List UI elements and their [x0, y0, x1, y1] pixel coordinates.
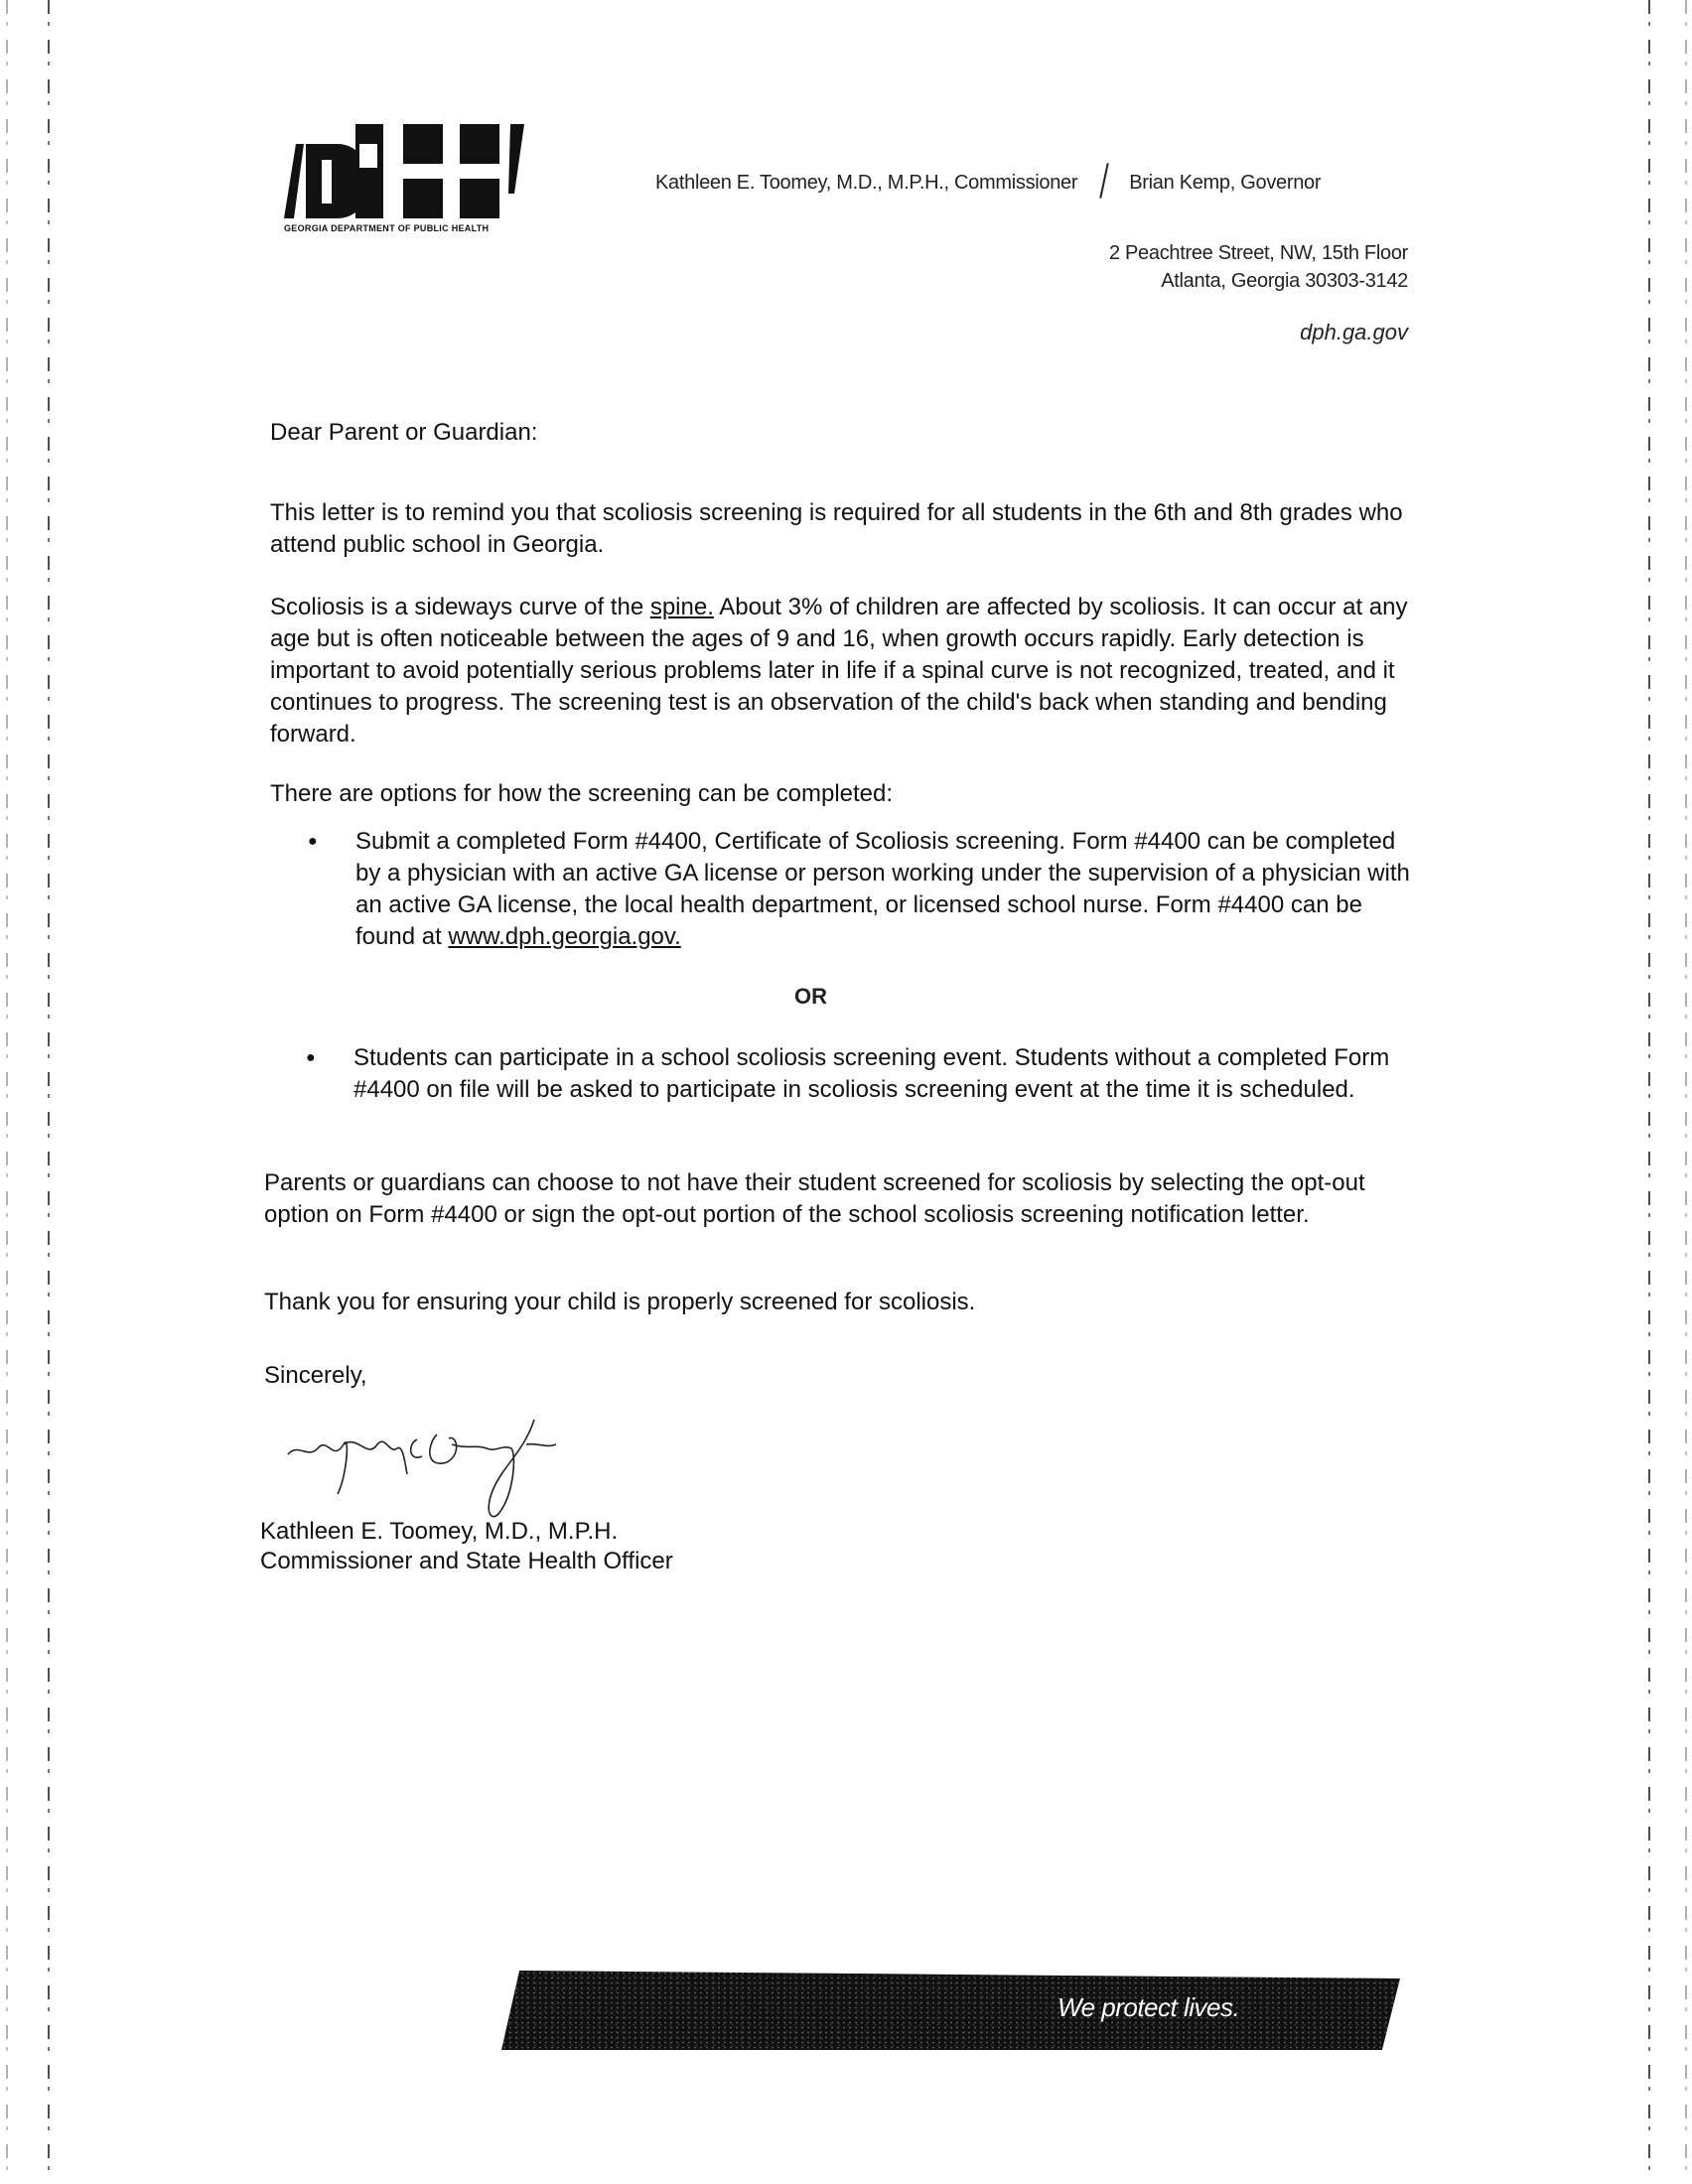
dph-logo: GEORGIA DEPARTMENT OF PUBLIC HEALTH [276, 124, 524, 243]
paragraph-requirement: This letter is to remind you that scolio… [270, 497, 1412, 561]
salutation: Dear Parent or Guardian: [270, 417, 1412, 449]
thank-you: Thank you for ensuring your child is pro… [264, 1287, 1406, 1318]
signer-block: Kathleen E. Toomey, M.D., M.P.H. Commiss… [260, 1517, 673, 1576]
bullet-icon: ● [308, 826, 318, 858]
option-list-item: ● Students can participate in a school s… [306, 1042, 1408, 1106]
footer-band-background [501, 1971, 1400, 2050]
logo-subtitle: GEORGIA DEPARTMENT OF PUBLIC HEALTH [284, 223, 489, 233]
paragraph-opt-out: Parents or guardians can choose to not h… [264, 1167, 1406, 1231]
spine-link[interactable]: spine. [650, 594, 714, 620]
paragraph-text: Scoliosis is a sideways curve of the [270, 594, 650, 620]
or-separator: OR [794, 984, 827, 1010]
scan-edge-left-inner [6, 0, 8, 2184]
option-list-item: ● Submit a completed Form #4400, Certifi… [308, 826, 1410, 953]
address-line-1: 2 Peachtree Street, NW, 15th Floor [1109, 242, 1408, 265]
signer-name: Kathleen E. Toomey, M.D., M.P.H. [260, 1517, 673, 1547]
bullet-icon: ● [306, 1042, 316, 1074]
scan-edge-left [48, 0, 50, 2184]
options-intro: There are options for how the screening … [270, 778, 1412, 810]
dph-logo-icon [276, 124, 524, 218]
scan-edge-right-outer [1685, 0, 1687, 2184]
paragraph-scoliosis-info: Scoliosis is a sideways curve of the spi… [270, 592, 1412, 751]
address-line-2: Atlanta, Georgia 30303-3142 [1161, 270, 1408, 293]
footer-tagline: We protect lives. [1057, 1992, 1239, 2023]
website: dph.ga.gov [1300, 320, 1408, 345]
dph-website-link[interactable]: www.dph.georgia.gov. [448, 923, 680, 950]
closing: Sincerely, [264, 1360, 1406, 1392]
option-text: Students can participate in a school sco… [353, 1042, 1408, 1106]
commissioner-name: Kathleen E. Toomey, M.D., M.P.H., Commis… [655, 172, 1077, 194]
divider-slash [1100, 163, 1109, 199]
footer-band: We protect lives. [501, 1971, 1400, 2050]
scan-edge-right [1648, 0, 1650, 2184]
signature-icon [278, 1415, 616, 1524]
signer-title: Commissioner and State Health Officer [260, 1547, 673, 1576]
governor-name: Brian Kemp, Governor [1129, 172, 1321, 194]
letterhead-officials: Kathleen E. Toomey, M.D., M.P.H., Commis… [655, 163, 1321, 199]
